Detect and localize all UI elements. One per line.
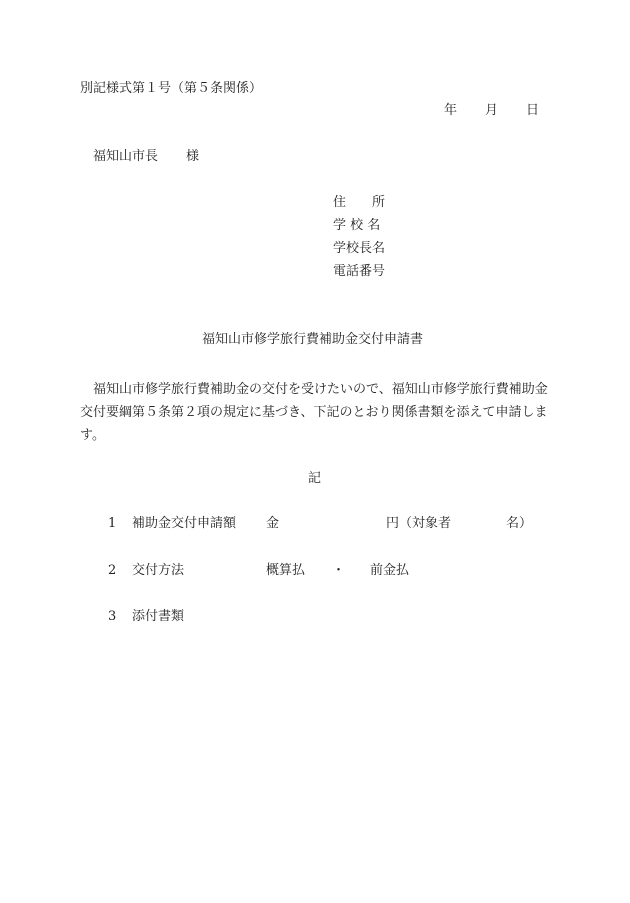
body-paragraph: 福知山市修学旅行費補助金の交付を受けたいので、福知山市修学旅行費補助金交付要綱第…: [80, 378, 560, 447]
amount-prefix: 金: [266, 517, 386, 530]
date-day-label: 日: [526, 104, 539, 117]
option-separator: ・: [332, 564, 370, 577]
date-line: 年月日: [444, 104, 539, 117]
addressee: 福知山市長様: [93, 150, 199, 163]
field-school-name-label: 学 校 名: [333, 219, 385, 242]
amount-unit: 円（対象者: [386, 517, 506, 530]
item-payment-method: 2交付方法概算払・前金払: [108, 564, 409, 577]
date-month-label: 月: [485, 104, 498, 117]
item-attachments: 3添付書類: [108, 610, 184, 623]
item-number: 2: [108, 564, 132, 577]
item-label: 添付書類: [132, 610, 184, 623]
date-year-label: 年: [444, 104, 457, 117]
ki-heading: 記: [308, 472, 321, 485]
document-title: 福知山市修学旅行費補助金交付申請書: [202, 333, 423, 346]
form-number: 別記様式第１号（第５条関係）: [80, 82, 262, 95]
option-estimated-payment: 概算払: [266, 564, 332, 577]
field-principal-name-label: 学校長名: [333, 242, 385, 265]
addressee-honorific: 様: [186, 149, 199, 164]
count-suffix: 名）: [506, 517, 532, 530]
addressee-name: 福知山市長: [93, 149, 158, 164]
item-subsidy-amount: 1補助金交付申請額金円（対象者名）: [108, 517, 532, 530]
item-label: 交付方法: [132, 564, 266, 577]
field-phone-label: 電話番号: [333, 265, 385, 288]
item-label: 補助金交付申請額: [132, 517, 266, 530]
field-address-label: 住 所: [333, 196, 385, 219]
applicant-fields: 住 所 学 校 名 学校長名 電話番号: [333, 196, 385, 288]
item-number: 1: [108, 517, 132, 530]
item-number: 3: [108, 610, 132, 623]
option-advance-payment: 前金払: [370, 564, 409, 577]
